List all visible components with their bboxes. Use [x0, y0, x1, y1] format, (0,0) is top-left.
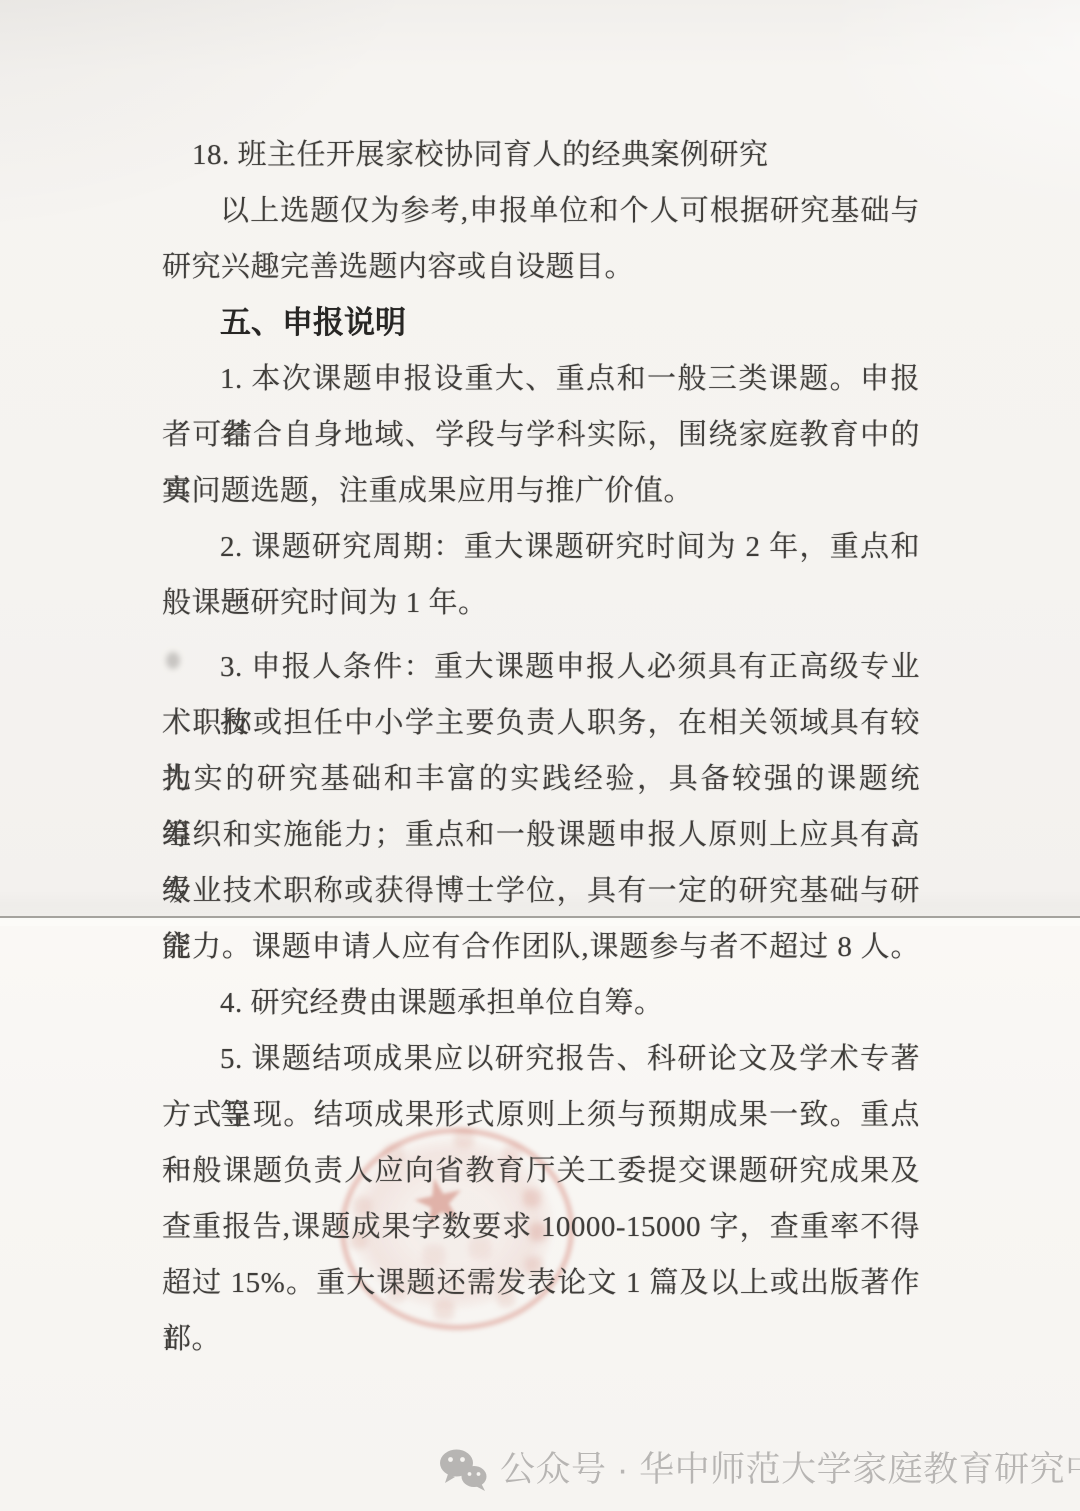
document-body: 18. 班主任开展家校协同育人的经典案例研究以上选题仅为参考,申报单位和个人可根… — [162, 127, 920, 1367]
text-line: 实问题选题，注重成果应用与推广价值。 — [162, 463, 920, 519]
paragraph: 能力。课题申请人应有合作团队,课题参与者不超过 8 人。 — [162, 919, 920, 975]
paragraph: 2. 课题研究周期：重大课题研究时间为 2 年，重点和一般课题研究时间为 1 年… — [162, 519, 920, 631]
text-line: 一般课题负责人应向省教育厅关工委提交课题研究成果及 — [162, 1143, 920, 1199]
text-line: 3. 申报人条件：重大课题申报人必须具有正高级专业技 — [220, 639, 920, 695]
text-line: 者可结合自身地域、学段与学科实际，围绕家庭教育中的真 — [162, 407, 920, 463]
text-line: 5. 课题结项成果应以研究报告、科研论文及学术专著等 — [220, 1031, 920, 1087]
footer-caption: 公众号 · 华中师范大学家庭教育研究中心 — [438, 1444, 1080, 1496]
text-line: 术职称或担任中小学主要负责人职务，在相关领域具有较为 — [162, 695, 920, 751]
text-line: 查重报告,课题成果字数要求 10000-15000 字，查重率不得 — [162, 1199, 920, 1255]
text-line: 扎实的研究基础和丰富的实践经验，具备较强的课题统筹、 — [162, 751, 920, 807]
section-heading: 五、申报说明 — [162, 295, 920, 351]
paragraph: 3. 申报人条件：重大课题申报人必须具有正高级专业技术职称或担任中小学主要负责人… — [162, 639, 920, 919]
wechat-icon — [438, 1448, 488, 1492]
text-line: 1. 本次课题申报设重大、重点和一般三类课题。申报者 — [220, 351, 920, 407]
text-line: 部。 — [162, 1311, 920, 1367]
text-line: 方式呈现。结项成果形式原则上须与预期成果一致。重点和 — [162, 1087, 920, 1143]
paragraph: 4. 研究经费由课题承担单位自筹。 — [162, 975, 920, 1031]
text-line: 超过 15%。重大课题还需发表论文 1 篇及以上或出版著作 1 — [162, 1255, 920, 1311]
text-line: 能力。课题申请人应有合作团队,课题参与者不超过 8 人。 — [162, 919, 920, 975]
scanned-document-page: ★ 18. 班主任开展家校协同育人的经典案例研究以上选题仅为参考,申报单位和个人… — [0, 0, 1080, 1511]
text-line: 专业技术职称或获得博士学位，具有一定的研究基础与研究 — [162, 863, 920, 919]
text-line: 五、申报说明 — [220, 295, 920, 351]
text-line: 2. 课题研究周期：重大课题研究时间为 2 年，重点和一 — [220, 519, 920, 575]
text-line: 4. 研究经费由课题承担单位自筹。 — [220, 975, 920, 1031]
footer-text: 公众号 · 华中师范大学家庭教育研究中心 — [500, 1444, 1080, 1496]
paragraph: 5. 课题结项成果应以研究报告、科研论文及学术专著等方式呈现。结项成果形式原则上… — [162, 1031, 920, 1367]
text-line: 18. 班主任开展家校协同育人的经典案例研究 — [192, 127, 920, 183]
text-line: 研究兴趣完善选题内容或自设题目。 — [162, 239, 920, 295]
text-line: 以上选题仅为参考,申报单位和个人可根据研究基础与 — [220, 183, 920, 239]
paragraph: 1. 本次课题申报设重大、重点和一般三类课题。申报者者可结合自身地域、学段与学科… — [162, 351, 920, 519]
paragraph: 18. 班主任开展家校协同育人的经典案例研究 — [162, 127, 920, 183]
text-line: 般课题研究时间为 1 年。 — [162, 575, 920, 631]
text-line: 组织和实施能力；重点和一般课题申报人原则上应具有高级 — [162, 807, 920, 863]
paragraph: 以上选题仅为参考,申报单位和个人可根据研究基础与研究兴趣完善选题内容或自设题目。 — [162, 183, 920, 295]
